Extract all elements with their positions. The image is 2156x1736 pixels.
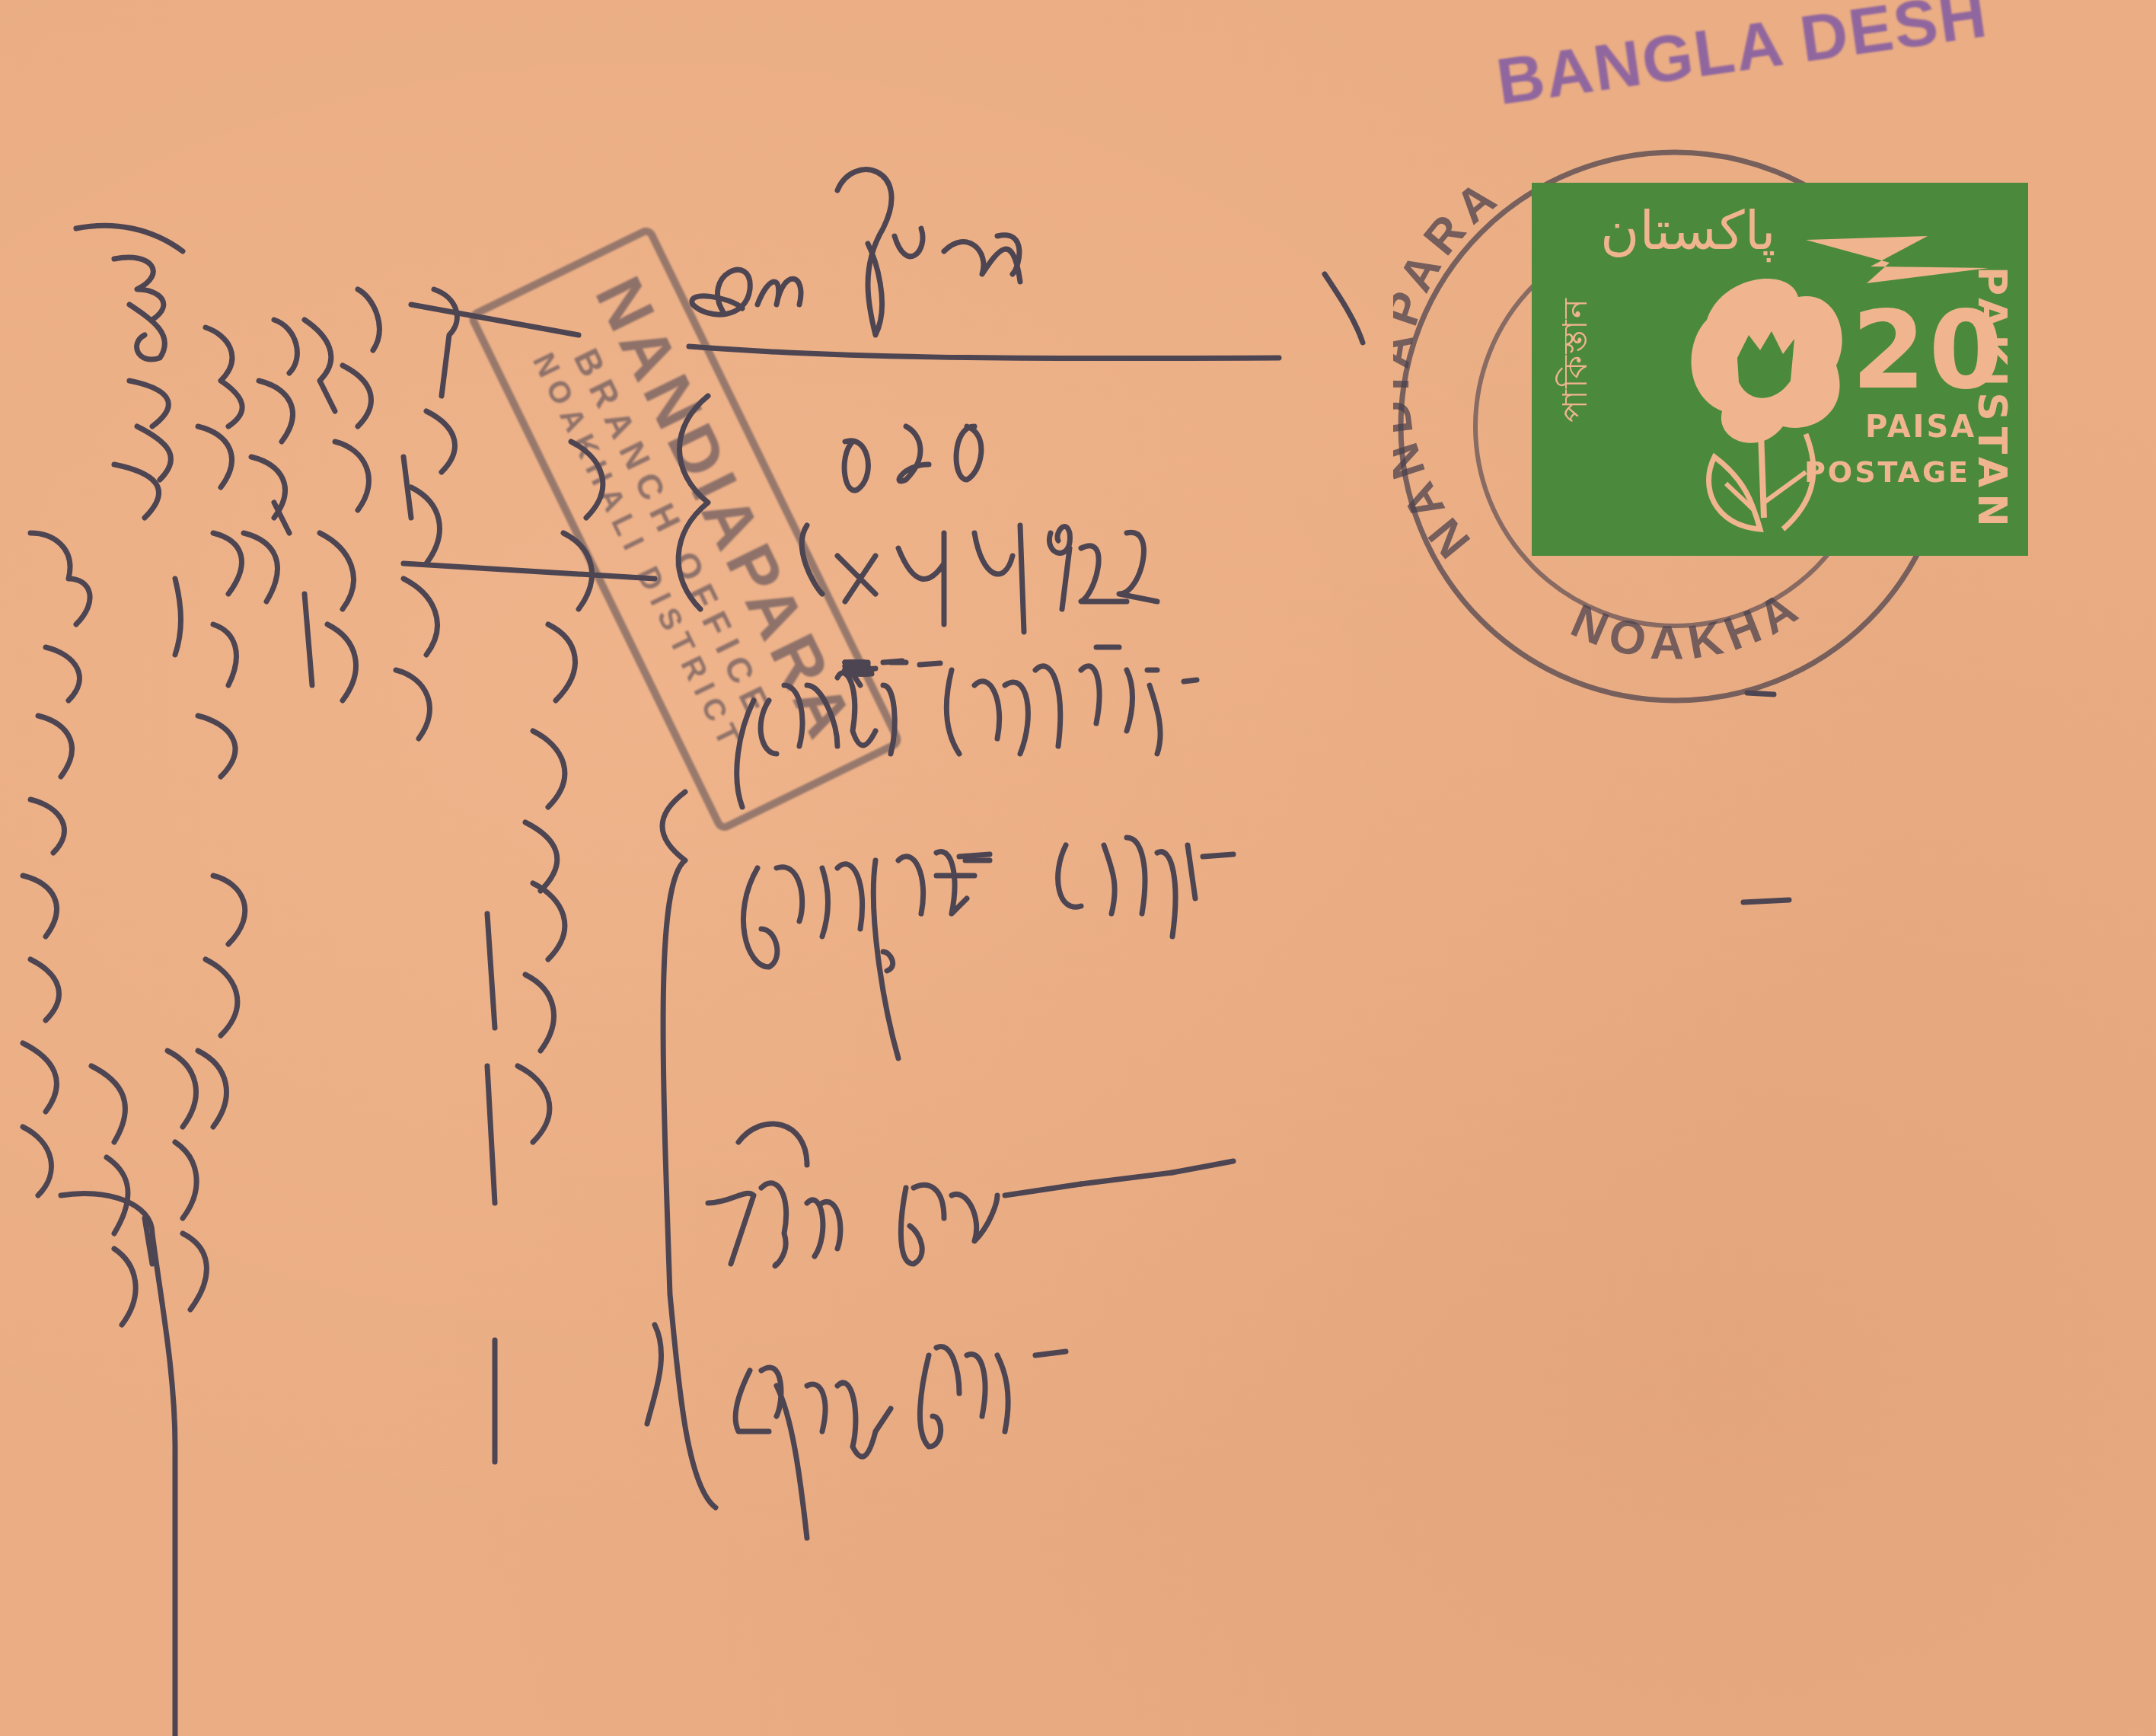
handwritten-address (0, 0, 2156, 1736)
envelope: BANGLA DESH NANDIAPARA NOAKHALI پاکستان … (0, 0, 2156, 1736)
